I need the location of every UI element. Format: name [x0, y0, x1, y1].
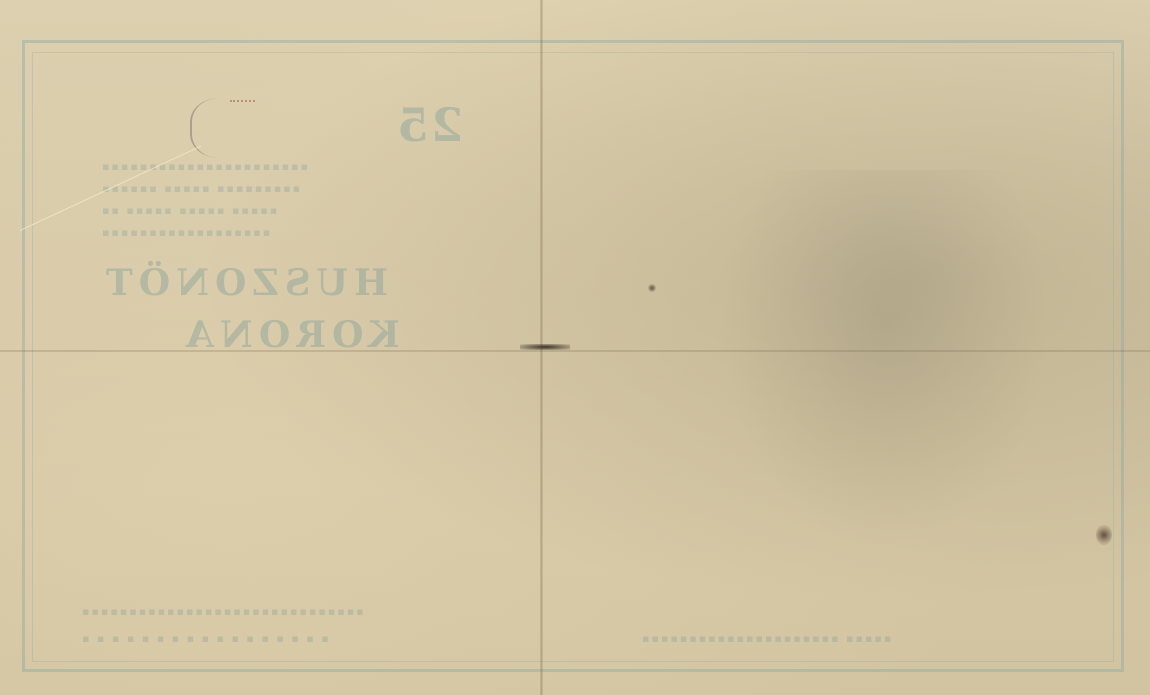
horizontal-fold [0, 350, 1150, 352]
red-ink-mark [230, 100, 255, 114]
bottom-text-line: ▪▪▪▪▪▪▪▪▪▪▪▪▪▪▪▪▪▪▪▪▪▪▪▪▪▪▪▪▪▪ [80, 605, 364, 618]
bottom-text-line: ▪▪▪▪▪ ▪▪▪▪▪▪▪▪▪▪▪▪▪▪▪▪▪▪▪▪▪ [640, 632, 891, 645]
dirt-spot [648, 284, 656, 292]
small-text-line: ▪▪▪▪▪ ▪▪▪▪▪ ▪▪▪▪▪ ▪▪ [100, 204, 277, 217]
fold-tear [520, 344, 570, 350]
small-text-line: ▪▪▪▪▪▪▪▪▪▪▪▪▪▪▪▪▪▪ [100, 226, 270, 239]
denomination-number: 25 [395, 98, 463, 152]
small-text-line: ▪▪▪▪▪▪▪▪▪▪▪▪▪▪▪▪▪▪▪▪▪▪ [100, 160, 308, 173]
small-text-line: ▪▪▪▪▪▪▪▪▪ ▪▪▪▪▪ ▪▪▪▪▪▪ [100, 182, 300, 195]
bottom-text-line: ▪ ▪ ▪ ▪ ▪ ▪ ▪ ▪ ▪ ▪ ▪ ▪ ▪ ▪ ▪ ▪ ▪ [80, 632, 329, 645]
ink-stain [1096, 525, 1112, 545]
denomination-word-1: HUSZONÖT [100, 262, 388, 304]
